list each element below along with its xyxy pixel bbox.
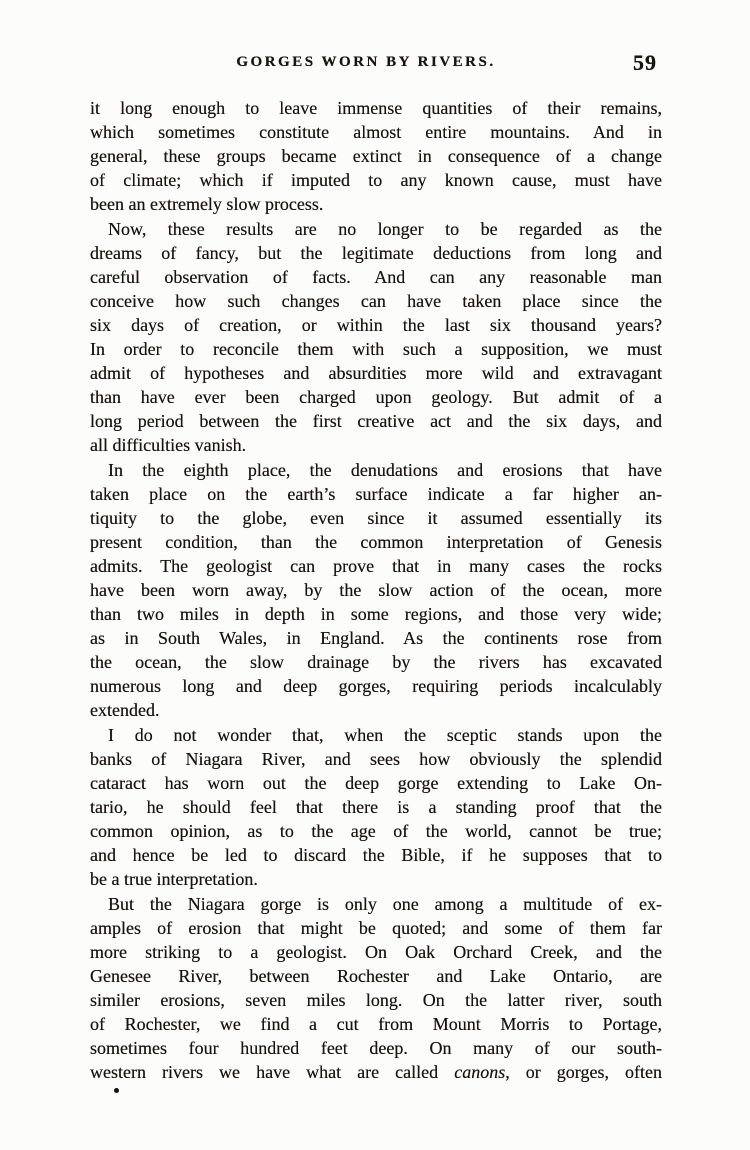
page-header: GORGES WORN BY RIVERS. 59 <box>90 54 662 78</box>
text-line: western rivers we have what are called c… <box>90 1060 662 1084</box>
ink-dot-artifact <box>114 1088 119 1093</box>
text-line: tiquity to the globe, even since it assu… <box>90 506 662 530</box>
text-line: In order to reconcile them with such a s… <box>90 337 662 361</box>
text-line: more striking to a geologist. On Oak Orc… <box>90 940 662 964</box>
text-line: cataract has worn out the deep gorge ext… <box>90 771 662 795</box>
running-head-title: GORGES WORN BY RIVERS. <box>80 54 652 71</box>
text-line: present condition, than the common inter… <box>90 530 662 554</box>
page-body: it long enough to leave immense quantiti… <box>90 96 662 1084</box>
text-line: as in South Wales, in England. As the co… <box>90 626 662 650</box>
paragraph: Now, these results are no longer to be r… <box>90 217 662 457</box>
text-line: taken place on the earth’s surface indic… <box>90 482 662 506</box>
book-page: GORGES WORN BY RIVERS. 59 it long enough… <box>0 0 750 1150</box>
paragraph: it long enough to leave immense quantiti… <box>90 96 662 216</box>
text-line: admit of hypotheses and absurdities more… <box>90 361 662 385</box>
text-line: which sometimes constitute almost entire… <box>90 120 662 144</box>
text-line: than have ever been charged upon geology… <box>90 385 662 409</box>
text-line: numerous long and deep gorges, requiring… <box>90 674 662 698</box>
text-line: dreams of fancy, but the legitimate dedu… <box>90 241 662 265</box>
text-line: I do not wonder that, when the sceptic s… <box>90 723 662 747</box>
text-line: sometimes four hundred feet deep. On man… <box>90 1036 662 1060</box>
text-line: admits. The geologist can prove that in … <box>90 554 662 578</box>
text-line: similer erosions, seven miles long. On t… <box>90 988 662 1012</box>
text-line: common opinion, as to the age of the wor… <box>90 819 662 843</box>
paragraph: But the Niagara gorge is only one among … <box>90 892 662 1084</box>
text-line: extended. <box>90 698 662 722</box>
paragraph: I do not wonder that, when the sceptic s… <box>90 723 662 891</box>
text-line: banks of Niagara River, and sees how obv… <box>90 747 662 771</box>
text-line: careful observation of facts. And can an… <box>90 265 662 289</box>
text-line: and hence be led to discard the Bible, i… <box>90 843 662 867</box>
text-line: long period between the first creative a… <box>90 409 662 433</box>
text-line: conceive how such changes can have taken… <box>90 289 662 313</box>
text-line: been an extremely slow process. <box>90 192 662 216</box>
text-line: all difficulties vanish. <box>90 433 662 457</box>
text-line: than two miles in depth in some regions,… <box>90 602 662 626</box>
text-line: be a true interpretation. <box>90 867 662 891</box>
text-line: of Rochester, we find a cut from Mount M… <box>90 1012 662 1036</box>
text-line: of climate; which if imputed to any know… <box>90 168 662 192</box>
text-line: But the Niagara gorge is only one among … <box>90 892 662 916</box>
page-number: 59 <box>633 50 657 76</box>
text-line: Now, these results are no longer to be r… <box>90 217 662 241</box>
text-line: Genesee River, between Rochester and Lak… <box>90 964 662 988</box>
text-line: the ocean, the slow drainage by the rive… <box>90 650 662 674</box>
text-line: general, these groups became extinct in … <box>90 144 662 168</box>
text-line: have been worn away, by the slow action … <box>90 578 662 602</box>
paragraph: In the eighth place, the denudations and… <box>90 458 662 722</box>
text-line: six days of creation, or within the last… <box>90 313 662 337</box>
text-line: it long enough to leave immense quantiti… <box>90 96 662 120</box>
text-line: In the eighth place, the denudations and… <box>90 458 662 482</box>
text-line: amples of erosion that might be quoted; … <box>90 916 662 940</box>
text-line: tario, he should feel that there is a st… <box>90 795 662 819</box>
